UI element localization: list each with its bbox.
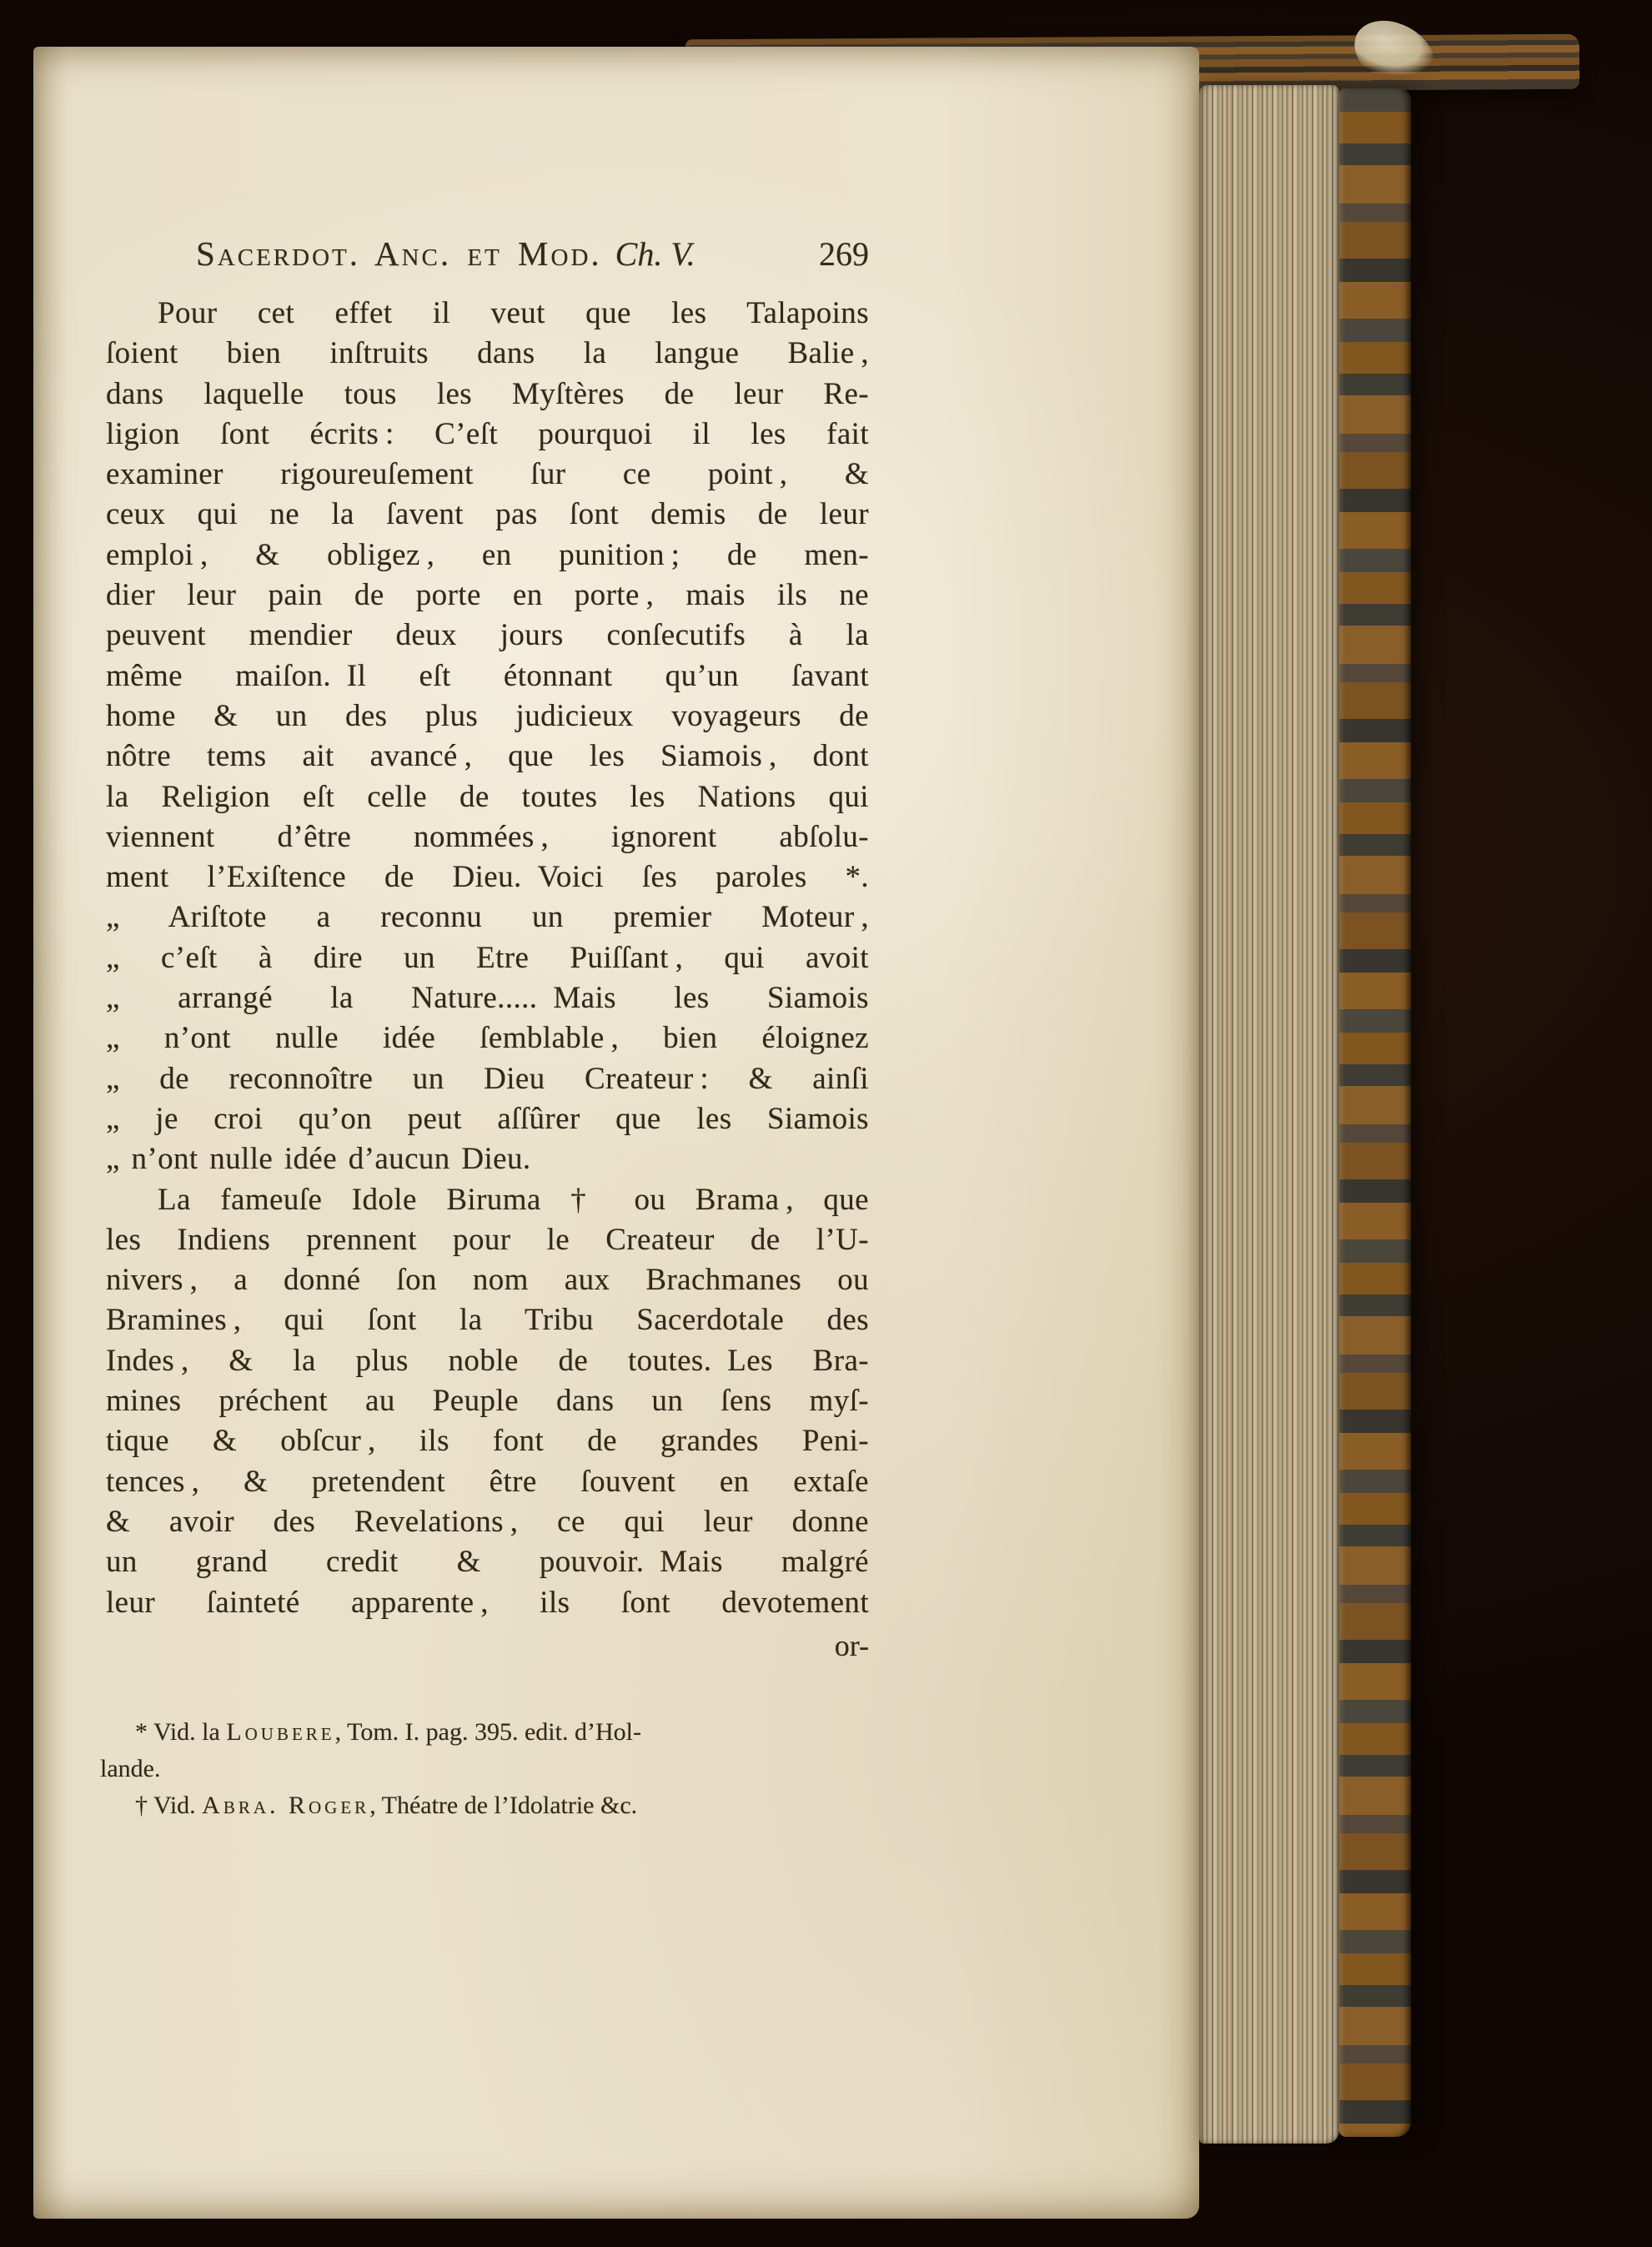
page-number: 269	[819, 234, 869, 274]
text-line: Bramines , qui ſont la Tribu Sacerdotale…	[106, 1300, 869, 1340]
text-line: „ de reconnoître un Dieu Createur : & ai…	[106, 1059, 869, 1099]
footnote-line: † Vid. Abra. Roger, Théatre de l’Idolatr…	[100, 1787, 876, 1824]
footnote-smallcaps-name: Loubere	[226, 1718, 334, 1746]
text-line: home & un des plus judicieux voyageurs d…	[106, 696, 869, 736]
text-line: nôtre tems ait avancé , que les Siamois …	[106, 736, 869, 777]
text-line: „ n’ont nulle idée d’aucun Dieu.	[106, 1139, 869, 1179]
footnote-line: * Vid. la Loubere, Tom. I. pag. 395. edi…	[100, 1714, 876, 1751]
footnote-text: * Vid. la	[135, 1718, 226, 1746]
footnote-smallcaps-name: Abra. Roger	[202, 1792, 369, 1819]
text-line: examiner rigoureuſement ſur ce point , &	[106, 455, 869, 495]
text-line: la Religion eſt celle de toutes les Nati…	[106, 777, 869, 817]
text-line: ligion ſont écrits : C’eſt pourquoi il l…	[106, 415, 869, 455]
text-line: ſoient bien inſtruits dans la langue Bal…	[106, 334, 869, 374]
text-line: leur ſainteté apparente , ils ſont devot…	[106, 1583, 869, 1623]
footnote-text: , Théatre de l’Idolatrie &c.	[369, 1792, 637, 1819]
fore-edge-pages	[1199, 85, 1339, 2144]
text-line: tique & obſcur , ils font de grandes Pen…	[106, 1421, 869, 1461]
text-line: „ Ariſtote a reconnu un premier Moteur ,	[106, 897, 869, 938]
footnote-line: lande.	[100, 1751, 876, 1787]
text-line: „ arrangé la Nature..... Mais les Siamoi…	[106, 978, 869, 1018]
text-line: nivers , a donné ſon nom aux Brachmanes …	[106, 1260, 869, 1300]
text-line: peuvent mendier deux jours conſecutifs à…	[106, 616, 869, 656]
text-line: Indes , & la plus noble de toutes. Les B…	[106, 1341, 869, 1381]
footnote-text: † Vid.	[135, 1792, 202, 1819]
text-line: & avoir des Revelations , ce qui leur do…	[106, 1502, 869, 1542]
text-line: „ n’ont nulle idée ſemblable , bien éloi…	[106, 1018, 869, 1058]
text-line: mines préchent au Peuple dans un ſens my…	[106, 1381, 869, 1421]
text-line: „ je croi qu’on peut aſſûrer que les Sia…	[106, 1099, 869, 1139]
text-line: un grand credit & pouvoir. Mais malgré	[106, 1542, 869, 1582]
text-line: Pour cet effet il veut que les Talapoins	[106, 294, 869, 334]
body-text: Pour cet effet il veut que les Talapoins…	[106, 294, 869, 1623]
header-chapter: Ch. V.	[615, 234, 695, 274]
catchword: or-	[106, 1628, 869, 1663]
text-line: viennent d’être nommées , ignorent abſol…	[106, 817, 869, 857]
text-line: La fameuſe Idole Biruma † ou Brama , que	[106, 1180, 869, 1220]
text-line: „ c’eſt à dire un Etre Puiſſant , qui av…	[106, 938, 869, 978]
marbled-board-edge	[1339, 88, 1411, 2137]
footnote-text: lande.	[100, 1755, 160, 1782]
text-line: dans laquelle tous les Myſtères de leur …	[106, 374, 869, 415]
header-title: Sacerdot. Anc. et Mod.	[196, 234, 602, 274]
running-header: Sacerdot. Anc. et Mod. Ch. V. 269	[106, 234, 869, 277]
text-line: ment l’Exiſtence de Dieu. Voici ſes paro…	[106, 857, 869, 897]
text-line: même maiſon. Il eſt étonnant qu’un ſavan…	[106, 656, 869, 696]
text-line: emploi , & obligez , en punition ; de me…	[106, 535, 869, 576]
text-line: ceux qui ne la ſavent pas ſont demis de …	[106, 495, 869, 535]
text-line: les Indiens prennent pour le Createur de…	[106, 1220, 869, 1260]
footnote-text: , Tom. I. pag. 395. edit. d’Hol-	[335, 1718, 641, 1746]
book-photo: Sacerdot. Anc. et Mod. Ch. V. 269 Pour c…	[0, 0, 1652, 2247]
book-page: Sacerdot. Anc. et Mod. Ch. V. 269 Pour c…	[33, 47, 1199, 2219]
text-line: dier leur pain de porte en porte , mais …	[106, 576, 869, 616]
text-line: tences , & pretendent être ſouvent en ex…	[106, 1462, 869, 1502]
footnotes: * Vid. la Loubere, Tom. I. pag. 395. edi…	[100, 1714, 876, 1824]
